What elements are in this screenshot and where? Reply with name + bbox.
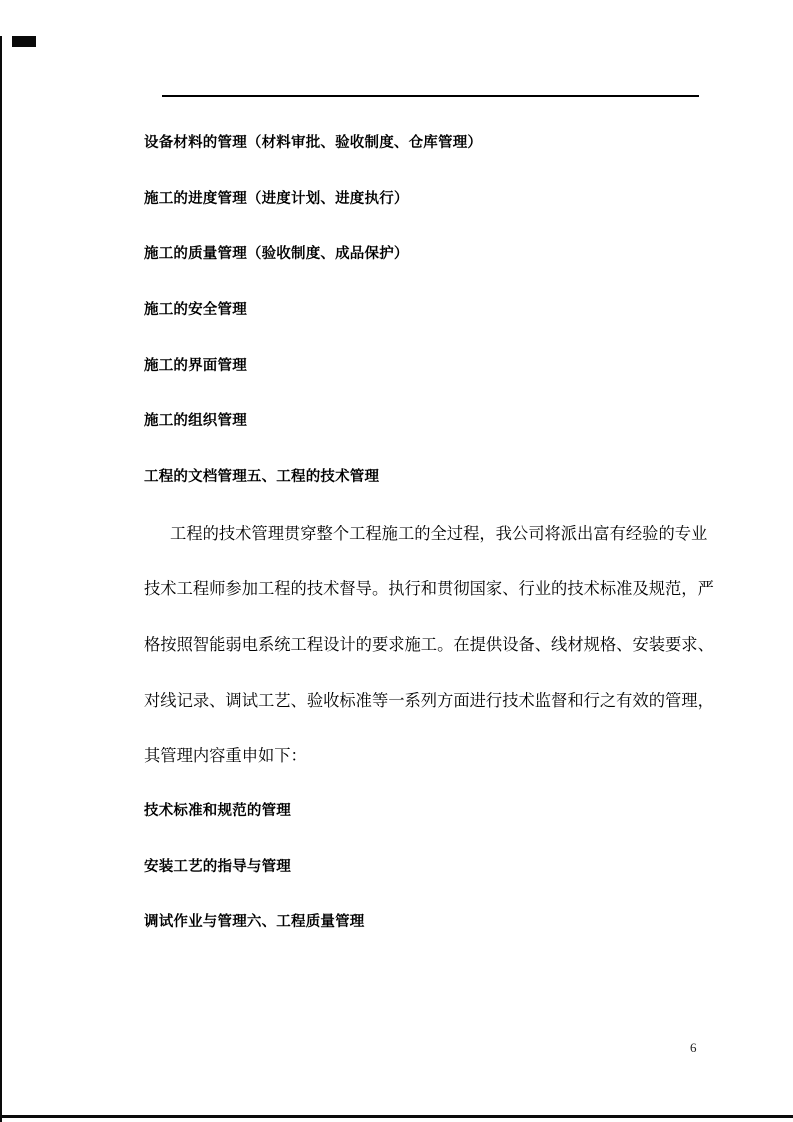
paragraph-line-5: 其管理内容重申如下： [144,728,744,784]
scan-artifact-bottom-edge [0,1115,793,1118]
heading-construction-organization-management: 施工的组织管理 [144,394,744,450]
heading-construction-interface-management: 施工的界面管理 [144,339,744,395]
paragraph-line-3: 格按照智能弱电系统工程设计的要求施工。在提供设备、线材规格、安装要求、 [144,617,744,673]
document-body: 设备材料的管理（材料审批、验收制度、仓库管理） 施工的进度管理（进度计划、进度执… [144,116,744,951]
paragraph-line-2: 技术工程师参加工程的技术督导。执行和贯彻国家、行业的技术标准及规范，严 [144,561,744,617]
heading-construction-safety-management: 施工的安全管理 [144,283,744,339]
header-rule [162,95,699,97]
heading-equipment-material-management: 设备材料的管理（材料审批、验收制度、仓库管理） [144,116,744,172]
page-number: 6 [690,1040,697,1056]
paragraph-line-4: 对线记录、调试工艺、验收标准等一系列方面进行技术监督和行之有效的管理， [144,673,744,729]
heading-commissioning-and-quality-management: 调试作业与管理六、工程质量管理 [144,895,744,951]
heading-construction-schedule-management: 施工的进度管理（进度计划、进度执行） [144,172,744,228]
scan-artifact-mark [12,36,36,47]
heading-installation-process-management: 安装工艺的指导与管理 [144,840,744,896]
document-page: 设备材料的管理（材料审批、验收制度、仓库管理） 施工的进度管理（进度计划、进度执… [0,0,793,1122]
heading-construction-quality-management: 施工的质量管理（验收制度、成品保护） [144,227,744,283]
heading-document-and-technical-management: 工程的文档管理五、工程的技术管理 [144,450,744,506]
heading-technical-standards-management: 技术标准和规范的管理 [144,784,744,840]
paragraph-line-1: 工程的技术管理贯穿整个工程施工的全过程，我公司将派出富有经验的专业 [144,506,744,562]
scan-artifact-left-edge [0,36,2,1122]
